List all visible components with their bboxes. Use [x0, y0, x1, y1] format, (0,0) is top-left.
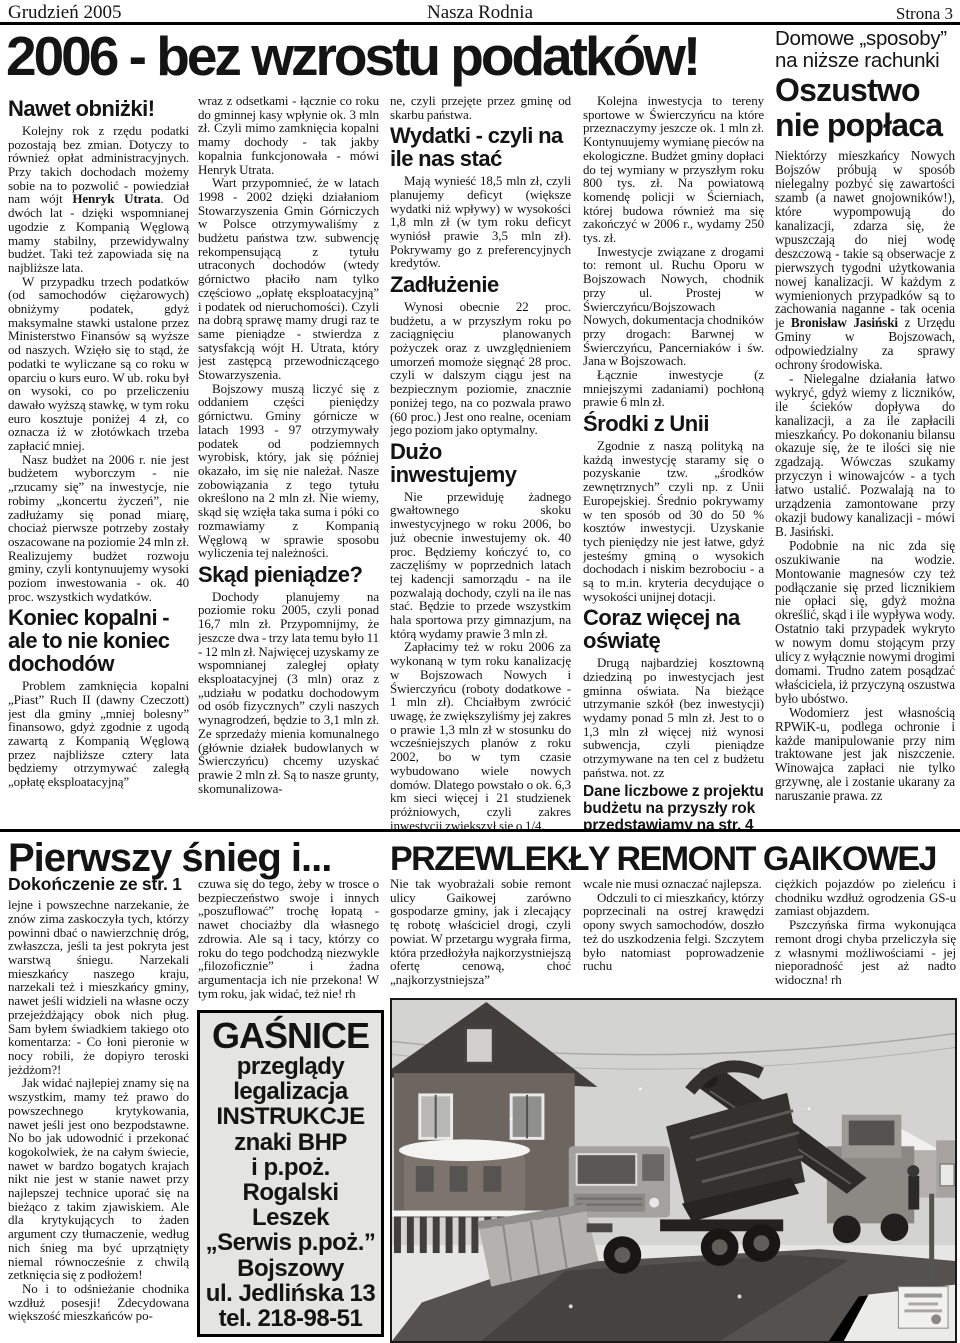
main-article-column-4: Kolejna inwestycja to tereny sportowe w …	[583, 94, 764, 831]
column-heading: Środki z Unii	[583, 413, 764, 436]
ad-line: legalizacja	[202, 1079, 379, 1104]
ad-line: GAŚNICE	[202, 1018, 379, 1054]
paragraph: No i to odśnieżanie chodnika wzdłuż pose…	[8, 1282, 189, 1323]
paragraph: Dochody planujemy na poziomie roku 2005,…	[198, 590, 379, 796]
newspaper-page: { "masthead": { "date": "Grudzień 2005",…	[0, 0, 960, 1343]
photo-gable-window	[465, 1028, 493, 1064]
paragraph: czuwa się do tego, żeby w trosce o bezpi…	[198, 877, 379, 1000]
paragraph: ne, czyli przejęte przez gminę od skarbu…	[390, 94, 571, 121]
road-works-photo	[390, 998, 957, 1343]
column-heading: Zadłużenie	[390, 274, 571, 297]
column-heading: Wydatki - czyli na ile nas stać	[390, 125, 571, 171]
remont-article-headline: PRZEWLEKŁY REMONT GAIKOWEJ	[390, 840, 958, 879]
remont-article-column-1: Nie tak wyobrażali sobie remont ulicy Ga…	[390, 877, 571, 995]
section-rule	[0, 829, 960, 832]
paragraph: Niektórzy mieszkańcy Nowych Bojszów prób…	[775, 149, 955, 372]
ad-line: znaki BHP	[202, 1130, 379, 1155]
ad-box-gasnice: GAŚNICEprzeglądylegalizacjaINSTRUKCJEzna…	[197, 1010, 384, 1337]
paragraph: Dane liczbowe z projektu budżetu na przy…	[583, 783, 764, 831]
page-number: Strona 3	[896, 4, 953, 24]
column-heading: Coraz więcej na oświatę	[583, 607, 764, 653]
paragraph: Kolejny rok z rzędu podatki pozostają be…	[8, 124, 189, 275]
ad-line: „Serwis p.poż.”	[202, 1230, 379, 1255]
masthead: Grudzień 2005 Nasza Rodnia Strona 3	[0, 2, 960, 24]
paragraph: wraz z odsetkami - łącznie co roku do gm…	[198, 94, 379, 176]
paragraph: Nie tak wyobrażali sobie remont ulicy Ga…	[390, 877, 571, 987]
column-heading: Skąd pieniądze?	[198, 564, 379, 587]
main-article-column-3: ne, czyli przejęte przez gminę od skarbu…	[390, 94, 571, 831]
paragraph: Odczuli to ci mieszkańcy, którzy poprzec…	[583, 891, 764, 973]
sidebar-body: Niektórzy mieszkańcy Nowych Bojszów prób…	[775, 149, 955, 803]
sidebar-headline-line-1: Oszustwo	[775, 74, 955, 106]
paragraph: Nie przewiduję żadnego gwałtownego skoku…	[390, 490, 571, 641]
ad-line: i p.poż.	[202, 1155, 379, 1180]
paragraph: Nasz budżet na 2006 r. nie jest budżetem…	[8, 453, 189, 604]
paragraph: - Nielegalne działania łatwo wykryć, gdy…	[775, 372, 955, 539]
ad-line: INSTRUKCJE	[202, 1104, 379, 1129]
paragraph: ciężkich pojazdów po zieleńcu i chodniku…	[775, 877, 956, 918]
ad-line: przeglądy	[202, 1054, 379, 1079]
paragraph: Bojszowy muszą liczyć się z oddaniem czę…	[198, 382, 379, 560]
paragraph: Kolejna inwestycja to tereny sportowe w …	[583, 94, 764, 245]
remont-article-column-3: ciężkich pojazdów po zieleńcu i chodniku…	[775, 877, 956, 995]
paragraph: Inwestycje związane z drogami to: remont…	[583, 245, 764, 368]
ad-line: Bojszowy	[202, 1256, 379, 1281]
remont-article-column-2: wcale nie musi oznaczać najlepsza.Odczul…	[583, 877, 764, 995]
column-heading: Dużo inwestujemy	[390, 441, 571, 487]
newspaper-title: Nasza Rodnia	[0, 2, 960, 24]
column-heading: Nawet obniżki!	[8, 98, 189, 121]
ad-line: Rogalski Leszek	[202, 1180, 379, 1230]
paragraph: Wynosi obecnie 22 proc. budżetu, a w prz…	[390, 300, 571, 437]
sidebar-kicker-line-1: Domowe „sposoby”	[775, 28, 955, 50]
paragraph: Łącznie inwestycje (z mniejszymi zadania…	[583, 368, 764, 409]
sidebar-article: Domowe „sposoby” na niższe rachunki Oszu…	[775, 28, 955, 820]
road-works-photo-illustration	[392, 1000, 955, 1341]
paragraph: W przypadku trzech podatków (od samochod…	[8, 275, 189, 453]
photo-small-sign	[898, 1287, 948, 1329]
sidebar-kicker-line-2: na niższe rachunki	[775, 50, 955, 72]
ad-line: tel. 218-98-51	[202, 1306, 379, 1331]
column-heading: Koniec kopalni - ale to nie koniec docho…	[8, 607, 189, 676]
paragraph: Wodomierz jest własnością RPWiK-u, podle…	[775, 706, 955, 803]
paragraph: Jak widać najlepiej znamy się na wszystk…	[8, 1076, 189, 1282]
main-headline: 2006 - bez wzrostu podatków!	[6, 24, 772, 88]
paragraph: Mają wynieść 18,5 mln zł, czyli planujem…	[390, 174, 571, 270]
ad-line: ul. Jedlińska 13	[202, 1281, 379, 1306]
photo-windshield	[577, 1154, 637, 1185]
paragraph: Pszczyńska firma wykonująca remont drogi…	[775, 918, 956, 987]
paragraph: Problem zamknięcia kopalni „Piast” Ruch …	[8, 679, 189, 789]
paragraph: Drugą najbardziej kosztowną dziedziną po…	[583, 656, 764, 779]
photo-worker	[908, 1176, 919, 1210]
main-article-column-2: wraz z odsetkami - łącznie co roku do gm…	[198, 94, 379, 831]
paragraph: Zgodnie z naszą polityką na każdą inwest…	[583, 439, 764, 603]
continuation-label: Dokończenie ze str. 1	[8, 875, 189, 894]
paragraph: Podobnie na nic zda się oszukiwanie na w…	[775, 539, 955, 706]
paragraph: lejne i powszechne narzekanie, że znów z…	[8, 898, 189, 1076]
paragraph: wcale nie musi oznaczać najlepsza.	[583, 877, 764, 891]
snow-article-column-2: czuwa się do tego, żeby w trosce o bezpi…	[198, 877, 379, 1003]
photo-porch-snow	[399, 1139, 530, 1161]
paragraph: Wart przypomnieć, że w latach 1998 - 200…	[198, 176, 379, 382]
sidebar-headline-line-2: nie popłaca	[775, 109, 955, 141]
main-article-column-1: Nawet obniżki!Kolejny rok z rzędu podatk…	[8, 94, 189, 831]
paragraph: Zapłacimy też w roku 2006 za wykonaną w …	[390, 640, 571, 831]
photo-headlight	[649, 1198, 659, 1208]
snow-article-column-1: Dokończenie ze str. 1lejne i powszechne …	[8, 874, 189, 1339]
